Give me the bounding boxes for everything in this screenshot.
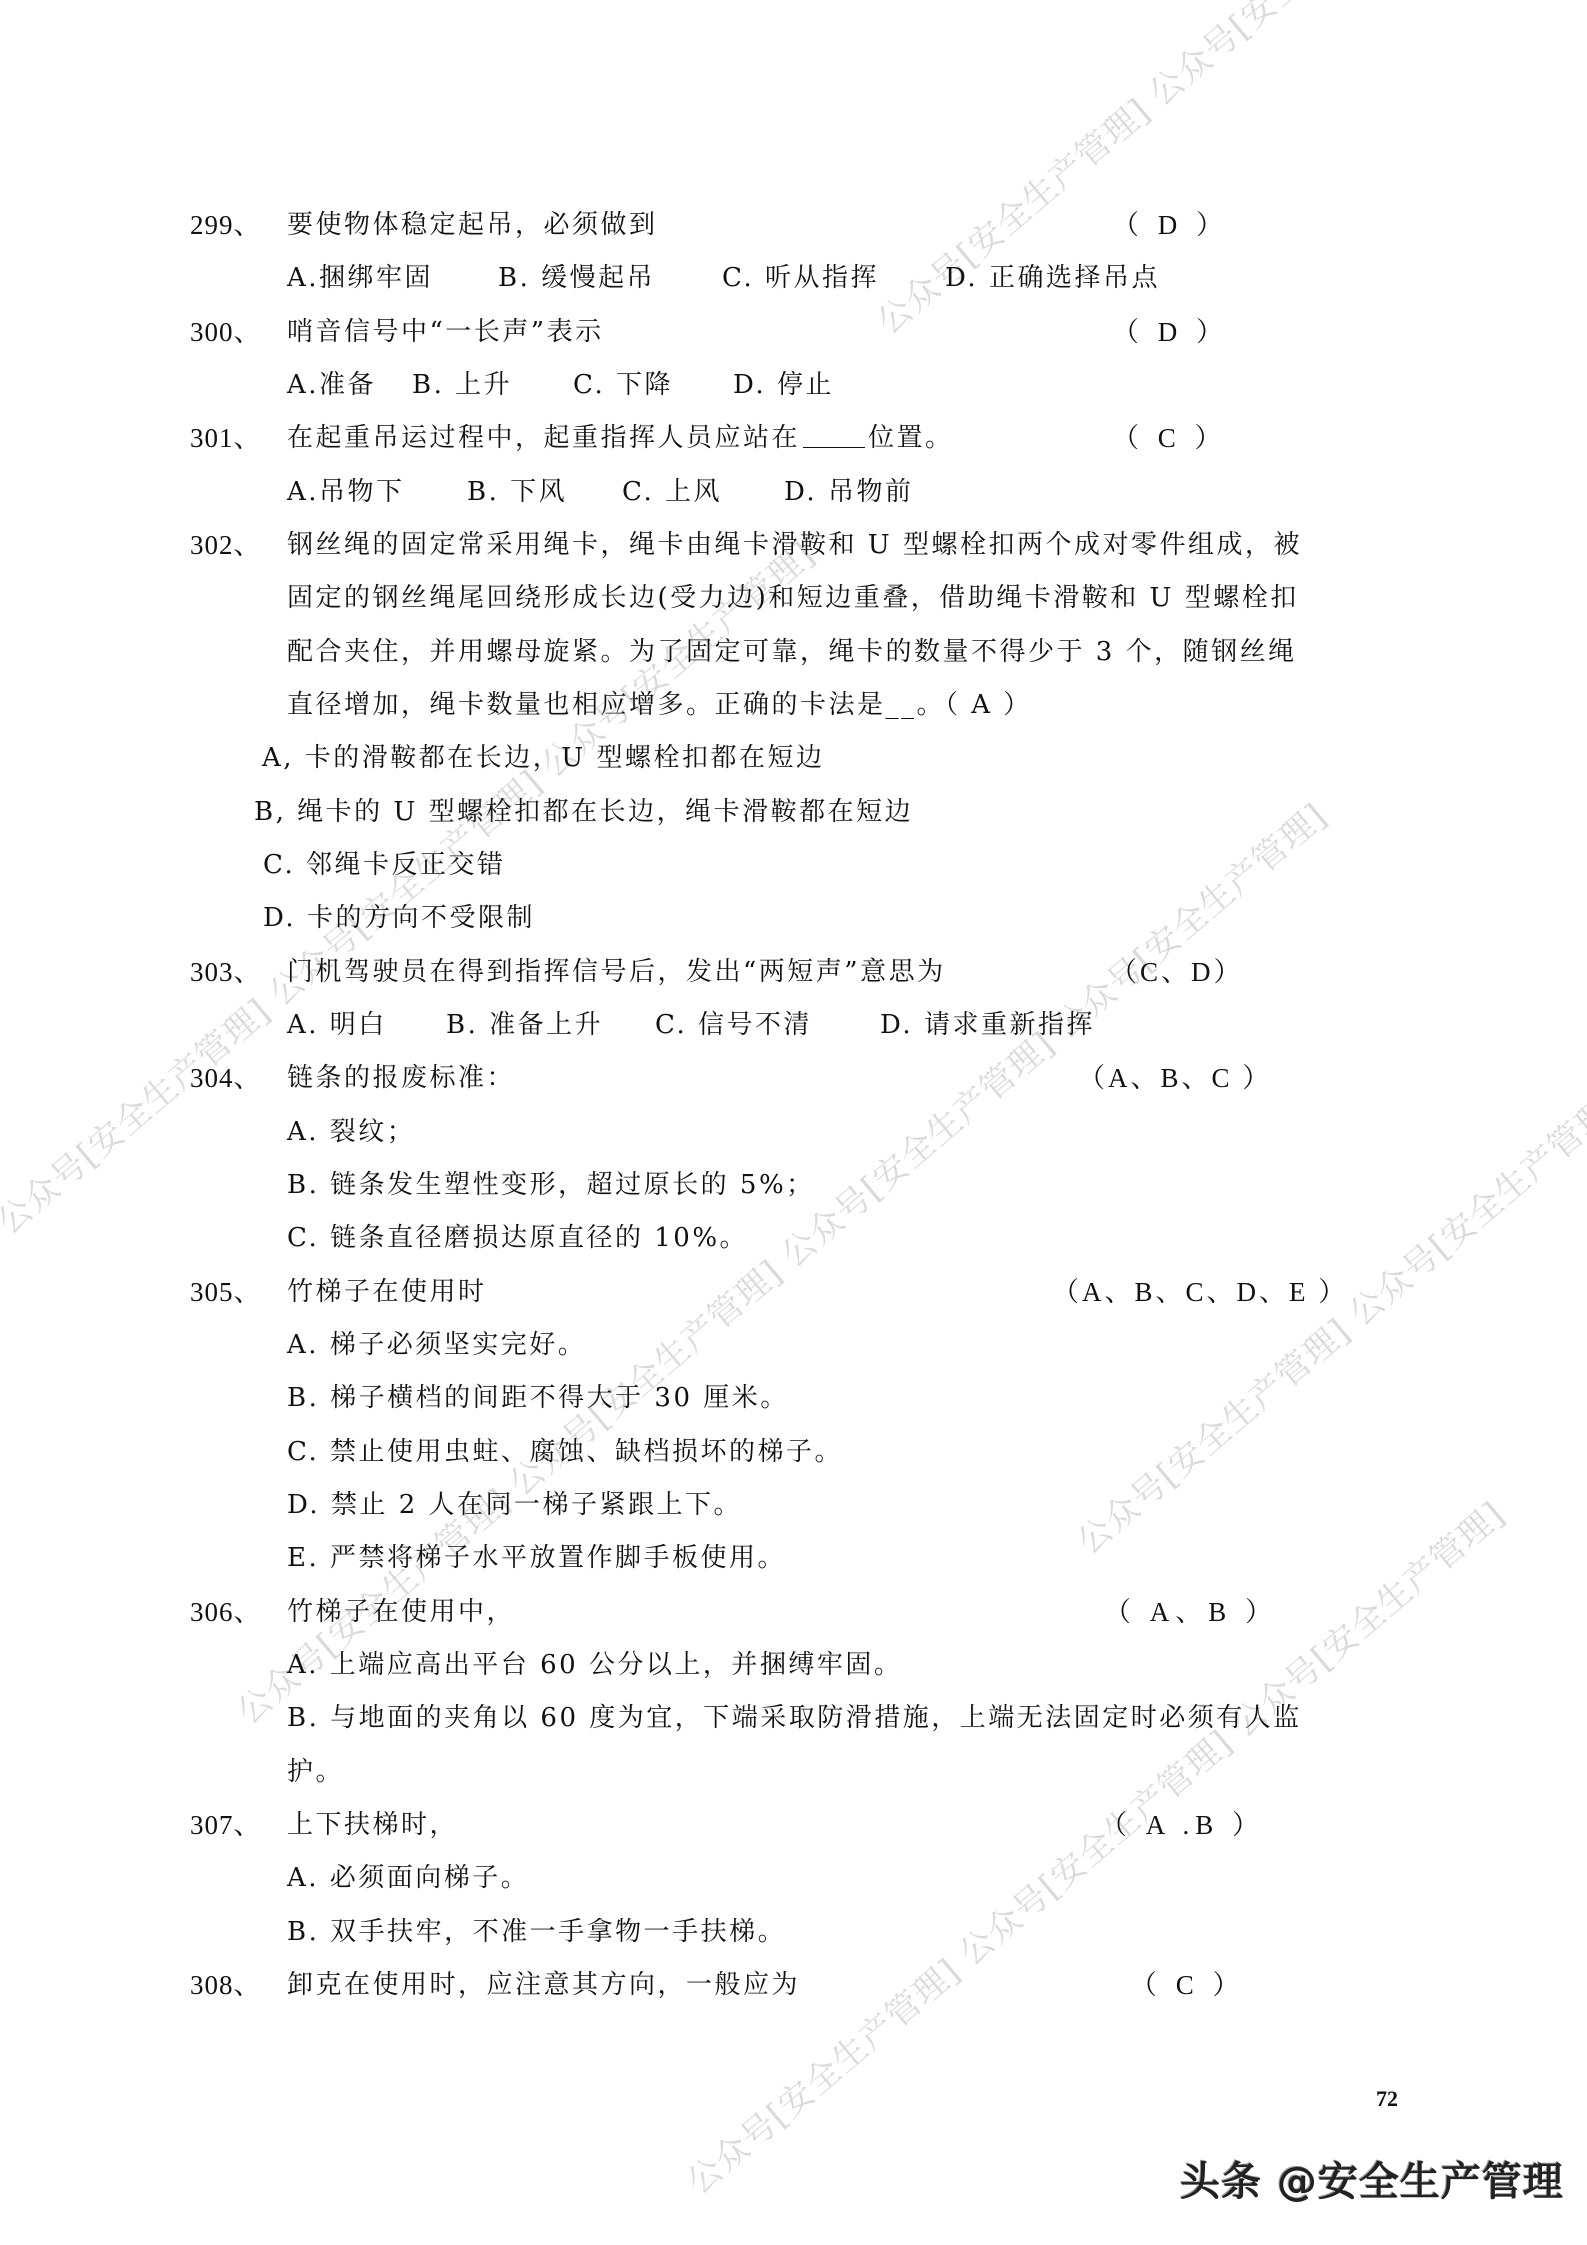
question-stem: 链条的报废标准： (287, 1051, 515, 1105)
option-b-continuation: 护。 (287, 1745, 344, 1799)
question-stem: 上下扶梯时， (287, 1798, 458, 1852)
question-stem: 竹梯子在使用中， (287, 1585, 515, 1639)
answer: （ C ） (1130, 1958, 1246, 2012)
footer-watermark: 头条 @安全生产管理 (1180, 2150, 1564, 2207)
option-e: E. 严禁将梯子水平放置作脚手板使用。 (287, 1531, 786, 1585)
option-a: A. 明白 (287, 998, 387, 1052)
question-stem: 在起重吊运过程中，起重指挥人员应站在位置。 (287, 411, 954, 465)
option-d: D. 正确选择吊点 (945, 251, 1160, 305)
answer: （ C ） (1112, 411, 1228, 465)
question-number: 307、 (190, 1798, 262, 1852)
option-b: B. 下风 (467, 465, 567, 519)
answer: （ D ） (1112, 198, 1229, 252)
question-stem: 竹梯子在使用时 (287, 1265, 487, 1319)
option-d: D. 卡的方向不受限制 (263, 891, 535, 945)
option-d: D. 停止 (733, 358, 834, 412)
option-b: B. 上升 (412, 358, 512, 412)
answer: （ A、B ） (1104, 1585, 1278, 1639)
option-c: C. 上风 (622, 465, 722, 519)
question-number: 308、 (190, 1958, 262, 2012)
answer: （A、B、C ） (1078, 1051, 1272, 1105)
option-a: A.准备 (287, 358, 376, 412)
question-number: 302、 (190, 518, 262, 572)
option-c: C. 禁止使用虫蛀、腐蚀、缺档损坏的梯子。 (287, 1425, 843, 1479)
option-c: C. 信号不清 (655, 998, 812, 1052)
option-b: B, 绳卡的 U 型螺栓扣都在长边，绳卡滑鞍都在短边 (254, 785, 913, 839)
answer: （ D ） (1112, 305, 1229, 359)
option-a: A. 梯子必须坚实完好。 (287, 1318, 586, 1372)
question-number: 299、 (190, 198, 262, 252)
option-c: C. 听从指挥 (722, 251, 879, 305)
question-stem-line: 钢丝绳的固定常采用绳卡，绳卡由绳卡滑鞍和 U 型螺栓扣两个成对零件组成，被 (287, 518, 1302, 572)
answer: （A、B、C、D、E ） (1052, 1265, 1348, 1319)
watermark: 公众号[安全生产管理] 公众号[安全生产管理] (1064, 1077, 1587, 1564)
question-number: 305、 (190, 1265, 262, 1319)
question-stem-line: 直径增加，绳卡数量也相应增多。正确的卡法是__。（ A ） (287, 678, 1032, 732)
question-number: 300、 (190, 305, 262, 359)
question-number: 304、 (190, 1051, 262, 1105)
fill-blank (803, 421, 865, 448)
question-stem-line: 配合夹住，并用螺母旋紧。为了固定可靠，绳卡的数量不得少于 3 个，随钢丝绳 (287, 625, 1297, 679)
option-a: A. 上端应高出平台 60 公分以上，并捆缚牢固。 (287, 1638, 902, 1692)
question-stem-line: 固定的钢丝绳尾回绕形成长边(受力边)和短边重叠，借助绳卡滑鞍和 U 型螺栓扣 (287, 571, 1299, 625)
option-c: C. 下降 (573, 358, 673, 412)
option-d: D. 吊物前 (784, 465, 913, 519)
option-a: A. 必须面向梯子。 (287, 1851, 529, 1905)
question-stem: 哨音信号中“一长声”表示 (287, 305, 604, 359)
question-number: 303、 (190, 945, 262, 999)
option-b: B. 准备上升 (446, 998, 603, 1052)
option-a: A. 裂纹； (287, 1105, 415, 1159)
option-a: A, 卡的滑鞍都在长边，U 型螺栓扣都在短边 (262, 731, 824, 785)
question-stem: 要使物体稳定起吊，必须做到 (287, 198, 658, 252)
answer: （C、D） (1110, 945, 1244, 999)
option-c: C. 链条直径磨损达原直径的 10%。 (287, 1211, 748, 1265)
option-d: D. 请求重新指挥 (880, 998, 1095, 1052)
option-b: B. 梯子横档的间距不得大于 30 厘米。 (287, 1371, 789, 1425)
option-c: C. 邻绳卡反正交错 (263, 838, 506, 892)
document-page: 公众号[安全生产管理] 公众号[安全生产管理] 公众号[安全生产管理] 公众号[… (0, 0, 1587, 2245)
page-number: 72 (1376, 2086, 1398, 2112)
option-d: D. 禁止 2 人在同一梯子紧跟上下。 (287, 1478, 742, 1532)
option-b: B. 链条发生塑性变形，超过原长的 5%； (287, 1158, 815, 1212)
question-number: 301、 (190, 411, 262, 465)
question-number: 306、 (190, 1585, 262, 1639)
option-b: B. 缓慢起吊 (498, 251, 655, 305)
answer: （ A .B ） (1100, 1798, 1265, 1852)
option-a: A.捆绑牢固 (287, 251, 433, 305)
option-a: A.吊物下 (287, 465, 405, 519)
option-b: B. 与地面的夹角以 60 度为宜，下端采取防滑措施，上端无法固定时必须有人监 (287, 1691, 1302, 1745)
question-stem: 卸克在使用时，应注意其方向，一般应为 (287, 1958, 800, 2012)
question-stem: 门机驾驶员在得到指挥信号后，发出“两短声”意思为 (287, 945, 946, 999)
option-b: B. 双手扶牢，不准一手拿物一手扶梯。 (287, 1905, 786, 1959)
